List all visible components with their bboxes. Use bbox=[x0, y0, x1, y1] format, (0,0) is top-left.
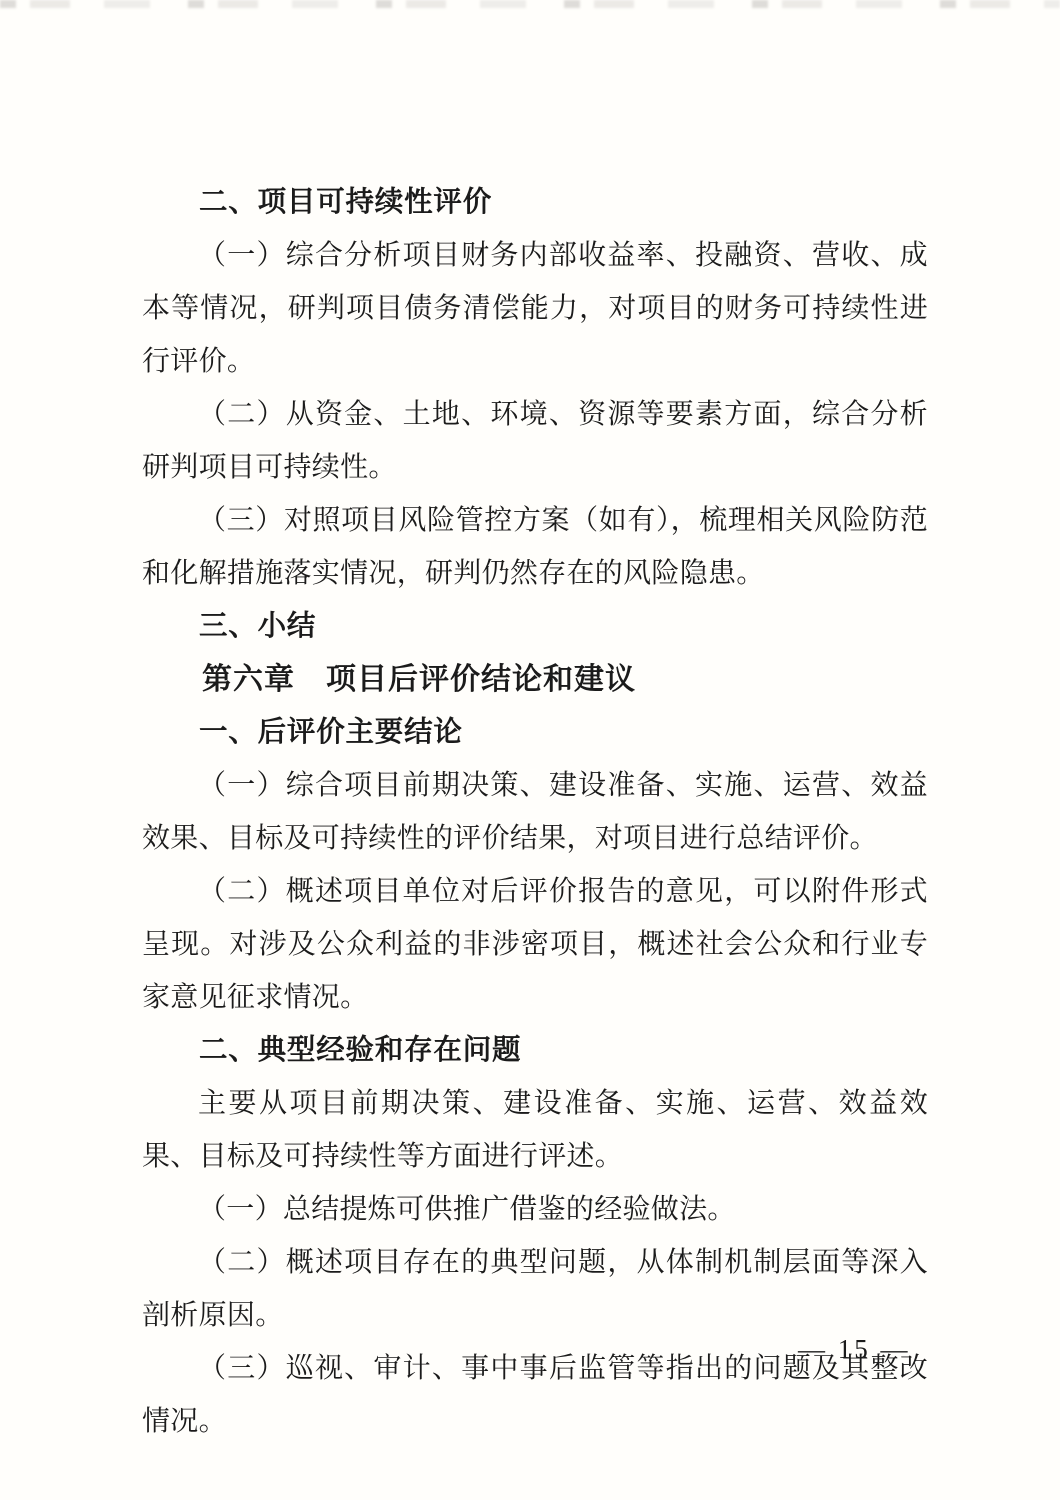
sub-heading: 一、后评价主要结论 bbox=[142, 706, 928, 759]
body-paragraph: （一）总结提炼可供推广借鉴的经验做法。 bbox=[142, 1183, 928, 1236]
sub-heading: 二、典型经验和存在问题 bbox=[142, 1024, 928, 1077]
scan-artifact-top bbox=[0, 0, 1060, 8]
sub-heading: 二、项目可持续性评价 bbox=[142, 176, 928, 229]
body-paragraph: （二）从资金、土地、环境、资源等要素方面，综合分析研判项目可持续性。 bbox=[142, 388, 928, 494]
sub-heading: 三、小结 bbox=[142, 600, 928, 653]
body-paragraph: （一）综合项目前期决策、建设准备、实施、运营、效益效果、目标及可持续性的评价结果… bbox=[142, 759, 928, 865]
chapter-heading: 第六章 项目后评价结论和建议 bbox=[142, 653, 928, 706]
document-body: 二、项目可持续性评价（一）综合分析项目财务内部收益率、投融资、营收、成本等情况，… bbox=[142, 176, 928, 1448]
page-number: — 15 — bbox=[798, 1334, 911, 1365]
body-paragraph: （二）概述项目存在的典型问题，从体制机制层面等深入剖析原因。 bbox=[142, 1236, 928, 1342]
body-paragraph: 主要从项目前期决策、建设准备、实施、运营、效益效果、目标及可持续性等方面进行评述… bbox=[142, 1077, 928, 1183]
body-paragraph: （三）对照项目风险管控方案（如有），梳理相关风险防范和化解措施落实情况，研判仍然… bbox=[142, 494, 928, 600]
body-paragraph: （一）综合分析项目财务内部收益率、投融资、营收、成本等情况，研判项目债务清偿能力… bbox=[142, 229, 928, 388]
body-paragraph: （二）概述项目单位对后评价报告的意见，可以附件形式呈现。对涉及公众利益的非涉密项… bbox=[142, 865, 928, 1024]
document-page: 二、项目可持续性评价（一）综合分析项目财务内部收益率、投融资、营收、成本等情况，… bbox=[0, 0, 1060, 1500]
